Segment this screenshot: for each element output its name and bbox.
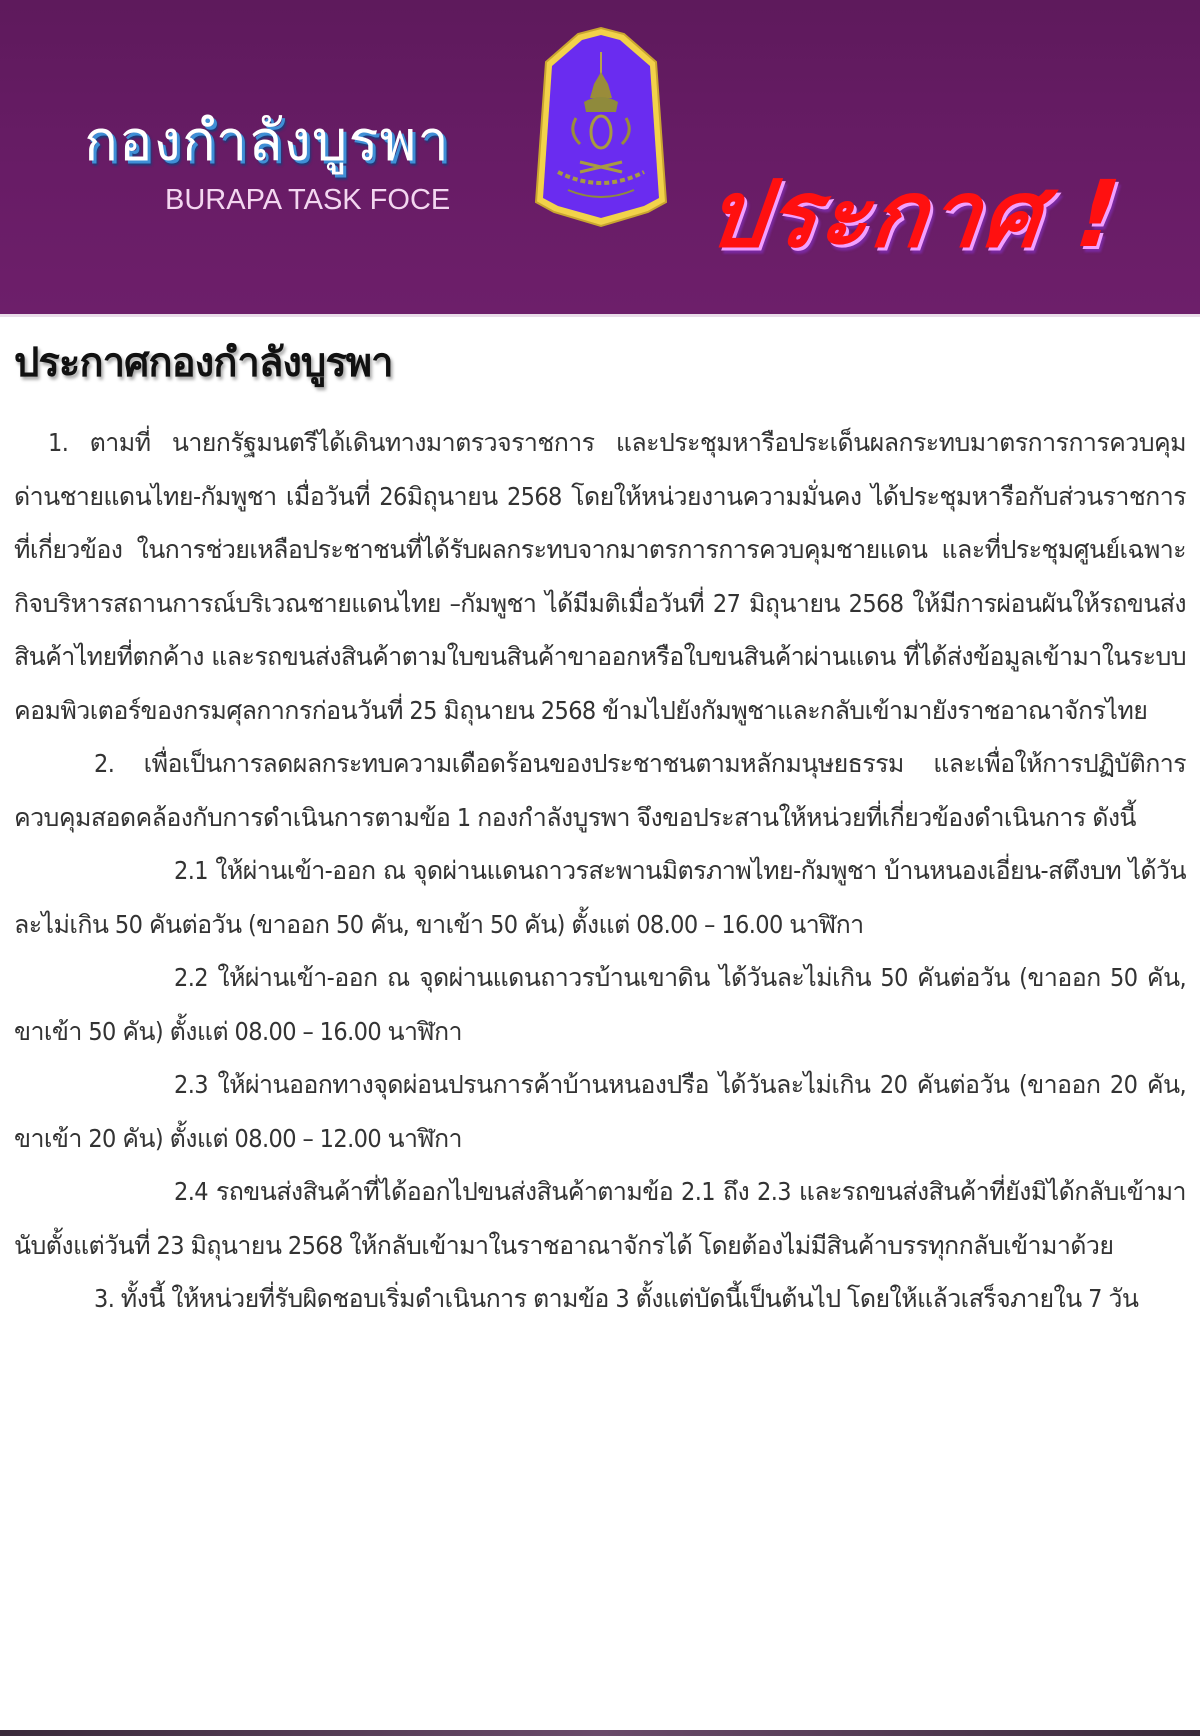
brand-thai-name: กองกำลังบูรพา	[84, 96, 450, 185]
paragraph-2-2: 2.2 ให้ผ่านเข้า-ออก ณ จุดผ่านแดนถาวรบ้าน…	[14, 951, 1186, 1058]
royal-crest-emblem-icon	[528, 22, 674, 230]
document-title: ประกาศกองกำลังบูรพา	[14, 330, 1186, 394]
header-banner: กองกำลังบูรพา BURAPA TASK FOCE ประกาศ !	[0, 0, 1200, 317]
paragraph-2-1: 2.1 ให้ผ่านเข้า-ออก ณ จุดผ่านแดนถาวรสะพา…	[14, 844, 1186, 951]
document-body: ประกาศกองกำลังบูรพา 1. ตามที่ นายกรัฐมนต…	[14, 330, 1186, 1326]
paragraph-2-4: 2.4 รถขนส่งสินค้าที่ได้ออกไปขนส่งสินค้าต…	[14, 1165, 1186, 1272]
announcement-label: ประกาศ !	[700, 140, 1128, 287]
bottom-divider	[0, 1730, 1200, 1736]
brand-english-name: BURAPA TASK FOCE	[165, 184, 450, 217]
paragraph-1: 1. ตามที่ นายกรัฐมนตรีได้เดินทางมาตรวจรา…	[14, 416, 1186, 737]
paragraph-2: 2. เพื่อเป็นการลดผลกระทบความเดือดร้อนของ…	[14, 737, 1186, 844]
paragraph-3: 3. ทั้งนี้ ให้หน่วยที่รับผิดชอบเริ่มดำเน…	[14, 1272, 1186, 1326]
paragraph-2-3: 2.3 ให้ผ่านออกทางจุดผ่อนปรนการค้าบ้านหนอ…	[14, 1058, 1186, 1165]
